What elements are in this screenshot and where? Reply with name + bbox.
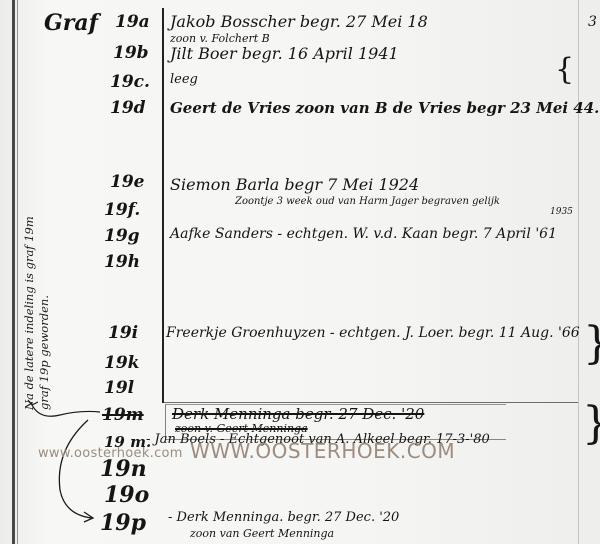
register-page: Graf 3 19a 19b 19c. 19d 19e 19f. 19g 19h… <box>0 0 600 544</box>
watermark-large: WWW.OOSTERHOEK.COM <box>190 439 455 463</box>
watermark-small: www.oosterhoek.com <box>38 446 183 461</box>
